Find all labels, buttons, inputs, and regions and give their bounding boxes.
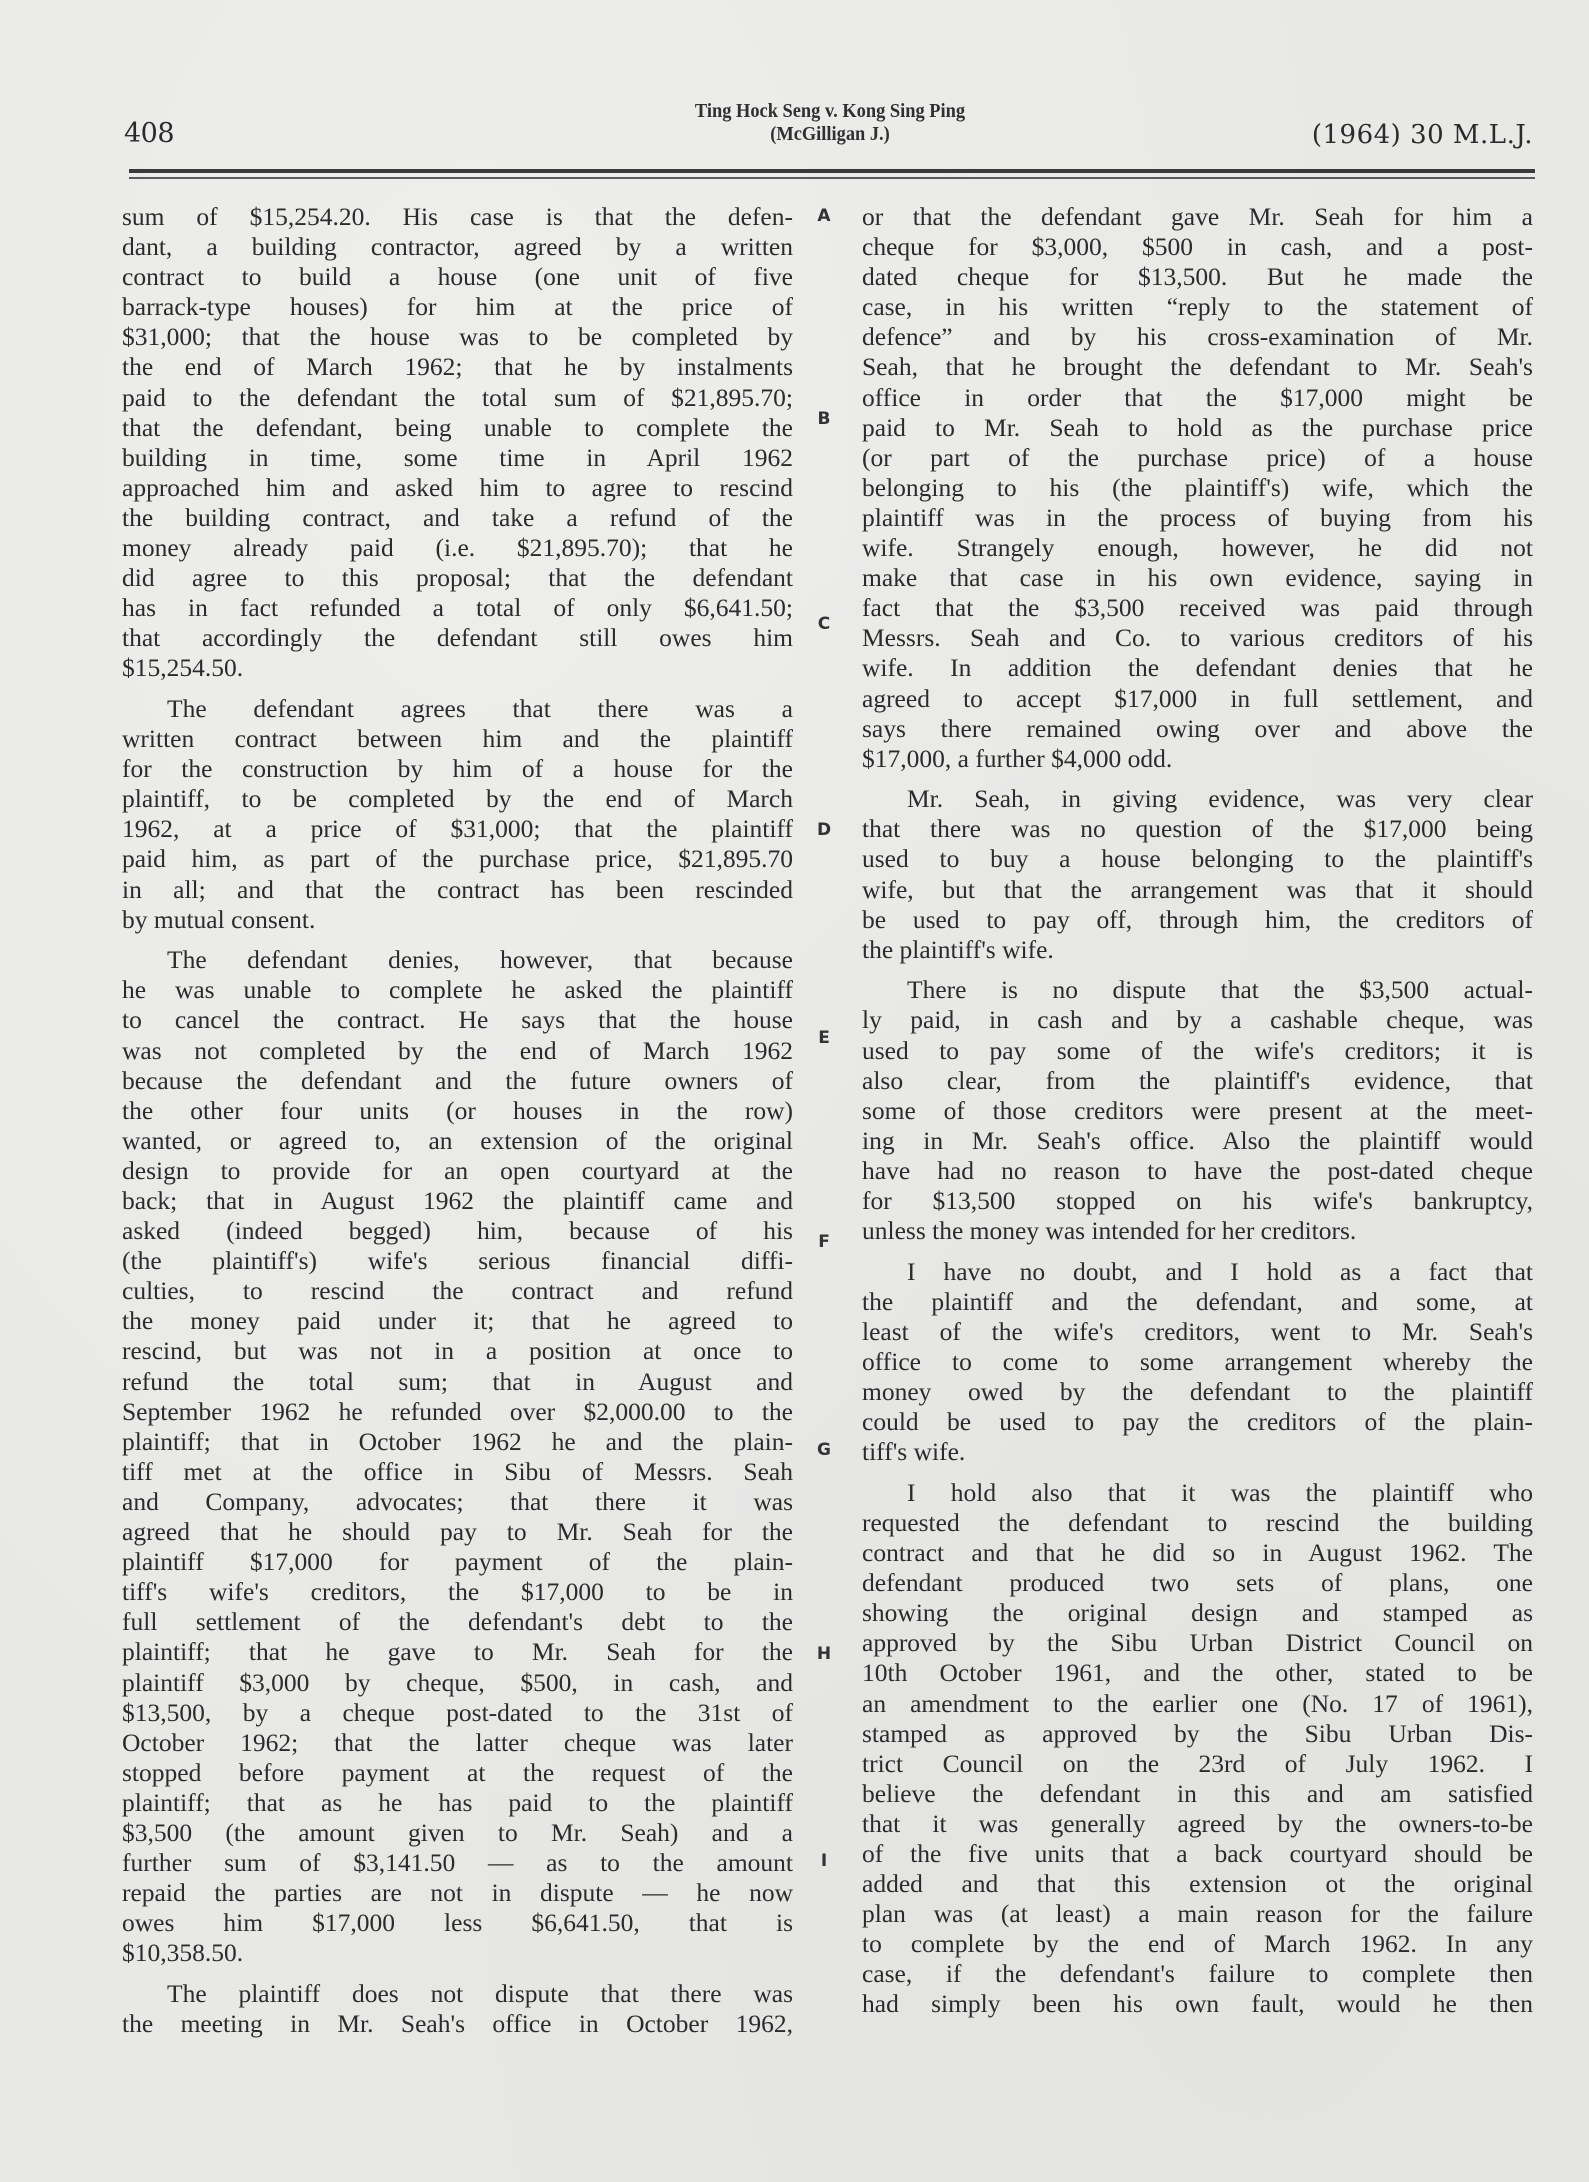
text-line: paid to the defendant the total sum of $… xyxy=(122,383,793,413)
paragraph: The defendant agrees that there was awri… xyxy=(122,694,793,935)
text-line: plaintiff; that in October 1962 he and t… xyxy=(122,1427,793,1457)
paragraph: I hold also that it was the plaintiff wh… xyxy=(862,1478,1533,2020)
text-line: make that case in his own evidence, sayi… xyxy=(862,563,1533,593)
margin-letter-c: C xyxy=(812,614,836,634)
text-line: unless the money was intended for her cr… xyxy=(862,1216,1533,1246)
text-line: $10,358.50. xyxy=(122,1938,793,1968)
text-line: wife. In addition the defendant denies t… xyxy=(862,653,1533,683)
header-rule-thick xyxy=(129,169,1535,173)
text-line: also clear, from the plaintiff's evidenc… xyxy=(862,1066,1533,1096)
text-line: dated cheque for $13,500. But he made th… xyxy=(862,262,1533,292)
text-line: requested the defendant to rescind the b… xyxy=(862,1508,1533,1538)
text-line: (the plaintiff's) wife's serious financi… xyxy=(122,1246,793,1276)
text-line: for $13,500 stopped on his wife's bankru… xyxy=(862,1186,1533,1216)
header-rule-thin xyxy=(129,177,1535,179)
text-line: and Company, advocates; that there it wa… xyxy=(122,1487,793,1517)
text-line: to cancel the contract. He says that the… xyxy=(122,1005,793,1035)
margin-letter-g: G xyxy=(812,1440,836,1460)
text-line: that it was generally agreed by the owne… xyxy=(862,1809,1533,1839)
text-line: office to come to some arrangement where… xyxy=(862,1347,1533,1377)
text-line: agreed to accept $17,000 in full settlem… xyxy=(862,684,1533,714)
text-line: barrack-type houses) for him at the pric… xyxy=(122,292,793,322)
text-line: or that the defendant gave Mr. Seah for … xyxy=(862,202,1533,232)
text-line: $13,500, by a cheque post-dated to the 3… xyxy=(122,1698,793,1728)
text-line: plaintiff $3,000 by cheque, $500, in cas… xyxy=(122,1668,793,1698)
text-line: paid him, as part of the purchase price,… xyxy=(122,844,793,874)
text-line: cheque for $3,000, $500 in cash, and a p… xyxy=(862,232,1533,262)
page-number: 408 xyxy=(124,118,174,150)
text-line: that there was no question of the $17,00… xyxy=(862,814,1533,844)
text-line: had simply been his own fault, would he … xyxy=(862,1989,1533,2019)
text-line: be used to pay off, through him, the cre… xyxy=(862,905,1533,935)
text-line: plan was (at least) a main reason for th… xyxy=(862,1899,1533,1929)
text-line: was not completed by the end of March 19… xyxy=(122,1036,793,1066)
text-line: building in time, some time in April 196… xyxy=(122,443,793,473)
text-line: because the defendant and the future own… xyxy=(122,1066,793,1096)
text-line: the building contract, and take a refund… xyxy=(122,503,793,533)
paragraph: The plaintiff does not dispute that ther… xyxy=(122,1979,793,2039)
paragraph: There is no dispute that the $3,500 actu… xyxy=(862,975,1533,1246)
text-line: the plaintiff and the defendant, and som… xyxy=(862,1287,1533,1317)
text-line: approved by the Sibu Urban District Coun… xyxy=(862,1628,1533,1658)
text-line: rescind, but was not in a position at on… xyxy=(122,1336,793,1366)
text-line: refund the total sum; that in August and xyxy=(122,1367,793,1397)
text-line: that the defendant, being unable to comp… xyxy=(122,413,793,443)
text-line: least of the wife's creditors, went to M… xyxy=(862,1317,1533,1347)
text-line: of the five units that a back courtyard … xyxy=(862,1839,1533,1869)
text-line: tiff met at the office in Sibu of Messrs… xyxy=(122,1457,793,1487)
text-line: defence” and by his cross-examination of… xyxy=(862,322,1533,352)
text-line: could be used to pay the creditors of th… xyxy=(862,1407,1533,1437)
text-line: contract to build a house (one unit of f… xyxy=(122,262,793,292)
text-line: added and that this extension ot the ori… xyxy=(862,1869,1533,1899)
text-line: the meeting in Mr. Seah's office in Octo… xyxy=(122,2009,793,2039)
text-line: for the construction by him of a house f… xyxy=(122,754,793,784)
text-line: approached him and asked him to agree to… xyxy=(122,473,793,503)
text-line: further sum of $3,141.50 — as to the amo… xyxy=(122,1848,793,1878)
text-line: ly paid, in cash and by a cashable chequ… xyxy=(862,1005,1533,1035)
text-line: plaintiff; that as he has paid to the pl… xyxy=(122,1788,793,1818)
text-line: ing in Mr. Seah's office. Also the plain… xyxy=(862,1126,1533,1156)
text-line: $17,000, a further $4,000 odd. xyxy=(862,744,1533,774)
text-line: stopped before payment at the request of… xyxy=(122,1758,793,1788)
text-line: Seah, that he brought the defendant to M… xyxy=(862,352,1533,382)
margin-letter-a: A xyxy=(812,206,836,226)
text-line: used to buy a house belonging to the pla… xyxy=(862,844,1533,874)
report-citation: (1964) 30 M.L.J. xyxy=(1312,119,1533,151)
text-line: plaintiff was in the process of buying f… xyxy=(862,503,1533,533)
margin-letter-d: D xyxy=(812,820,836,840)
text-line: wife. Strangely enough, however, he did … xyxy=(862,533,1533,563)
text-line: September 1962 he refunded over $2,000.0… xyxy=(122,1397,793,1427)
text-line: have had no reason to have the post-date… xyxy=(862,1156,1533,1186)
text-line: says there remained owing over and above… xyxy=(862,714,1533,744)
left-column: sum of $15,254.20. His case is that the … xyxy=(122,202,793,2050)
text-line: that accordingly the defendant still owe… xyxy=(122,623,793,653)
text-line: an amendment to the earlier one (No. 17 … xyxy=(862,1689,1533,1719)
text-line: tiff's wife. xyxy=(862,1437,1533,1467)
margin-letter-i: I xyxy=(812,1851,836,1871)
text-line: Messrs. Seah and Co. to various creditor… xyxy=(862,623,1533,653)
text-line: full settlement of the defendant's debt … xyxy=(122,1607,793,1637)
text-line: belonging to his (the plaintiff's) wife,… xyxy=(862,473,1533,503)
text-line: (or part of the purchase price) of a hou… xyxy=(862,443,1533,473)
text-line: the money paid under it; that he agreed … xyxy=(122,1306,793,1336)
text-line: repaid the parties are not in dispute — … xyxy=(122,1878,793,1908)
text-line: I have no doubt, and I hold as a fact th… xyxy=(862,1257,1533,1287)
text-line: plaintiff $17,000 for payment of the pla… xyxy=(122,1547,793,1577)
text-line: office in order that the $17,000 might b… xyxy=(862,383,1533,413)
text-line: The plaintiff does not dispute that ther… xyxy=(122,1979,793,2009)
text-line: used to pay some of the wife's creditors… xyxy=(862,1036,1533,1066)
paragraph: The defendant denies, however, that beca… xyxy=(122,945,793,1968)
text-line: $31,000; that the house was to be comple… xyxy=(122,322,793,352)
paragraph: I have no doubt, and I hold as a fact th… xyxy=(862,1257,1533,1468)
text-line: tiff's wife's creditors, the $17,000 to … xyxy=(122,1577,793,1607)
text-line: showing the original design and stamped … xyxy=(862,1598,1533,1628)
text-line: has in fact refunded a total of only $6,… xyxy=(122,593,793,623)
text-line: plaintiff; that he gave to Mr. Seah for … xyxy=(122,1637,793,1667)
judge-name: (McGilligan J.) xyxy=(582,123,1079,146)
text-line: to complete by the end of March 1962. In… xyxy=(862,1929,1533,1959)
text-line: October 1962; that the latter cheque was… xyxy=(122,1728,793,1758)
text-line: wanted, or agreed to, an extension of th… xyxy=(122,1126,793,1156)
text-line: case, in his written “reply to the state… xyxy=(862,292,1533,322)
margin-letter-h: H xyxy=(812,1644,836,1664)
text-line: design to provide for an open courtyard … xyxy=(122,1156,793,1186)
case-name: Ting Hock Seng v. Kong Sing Ping xyxy=(582,100,1079,123)
paragraph: sum of $15,254.20. His case is that the … xyxy=(122,202,793,684)
text-line: fact that the $3,500 received was paid t… xyxy=(862,593,1533,623)
text-line: he was unable to complete he asked the p… xyxy=(122,975,793,1005)
text-line: wife, but that the arrangement was that … xyxy=(862,875,1533,905)
margin-letter-f: F xyxy=(812,1232,836,1252)
text-line: $3,500 (the amount given to Mr. Seah) an… xyxy=(122,1818,793,1848)
right-column: or that the defendant gave Mr. Seah for … xyxy=(862,202,1533,2030)
margin-letter-e: E xyxy=(812,1028,836,1048)
document-page: 408 Ting Hock Seng v. Kong Sing Ping (Mc… xyxy=(0,0,1589,2182)
text-line: defendant produced two sets of plans, on… xyxy=(862,1568,1533,1598)
text-line: case, if the defendant's failure to comp… xyxy=(862,1959,1533,1989)
text-line: written contract between him and the pla… xyxy=(122,724,793,754)
text-line: $15,254.50. xyxy=(122,653,793,683)
text-line: stamped as approved by the Sibu Urban Di… xyxy=(862,1719,1533,1749)
text-line: trict Council on the 23rd of July 1962. … xyxy=(862,1749,1533,1779)
text-line: believe the defendant in this and am sat… xyxy=(862,1779,1533,1809)
text-line: sum of $15,254.20. His case is that the … xyxy=(122,202,793,232)
text-line: back; that in August 1962 the plaintiff … xyxy=(122,1186,793,1216)
text-line: the end of March 1962; that he by instal… xyxy=(122,352,793,382)
paragraph: or that the defendant gave Mr. Seah for … xyxy=(862,202,1533,774)
text-line: I hold also that it was the plaintiff wh… xyxy=(862,1478,1533,1508)
text-line: money owed by the defendant to the plain… xyxy=(862,1377,1533,1407)
text-line: money already paid (i.e. $21,895.70); th… xyxy=(122,533,793,563)
text-line: paid to Mr. Seah to hold as the purchase… xyxy=(862,413,1533,443)
text-line: 1962, at a price of $31,000; that the pl… xyxy=(122,814,793,844)
running-title: Ting Hock Seng v. Kong Sing Ping (McGill… xyxy=(582,100,1079,146)
text-line: contract and that he did so in August 19… xyxy=(862,1538,1533,1568)
text-line: by mutual consent. xyxy=(122,905,793,935)
text-line: 10th October 1961, and the other, stated… xyxy=(862,1658,1533,1688)
text-line: dant, a building contractor, agreed by a… xyxy=(122,232,793,262)
text-line: There is no dispute that the $3,500 actu… xyxy=(862,975,1533,1005)
text-line: in all; and that the contract has been r… xyxy=(122,875,793,905)
text-line: owes him $17,000 less $6,641.50, that is xyxy=(122,1908,793,1938)
margin-letter-b: B xyxy=(812,409,836,429)
text-line: the plaintiff's wife. xyxy=(862,935,1533,965)
text-line: did agree to this proposal; that the def… xyxy=(122,563,793,593)
text-line: The defendant agrees that there was a xyxy=(122,694,793,724)
text-line: some of those creditors were present at … xyxy=(862,1096,1533,1126)
text-line: the other four units (or houses in the r… xyxy=(122,1096,793,1126)
text-line: culties, to rescind the contract and ref… xyxy=(122,1276,793,1306)
text-line: The defendant denies, however, that beca… xyxy=(122,945,793,975)
text-line: Mr. Seah, in giving evidence, was very c… xyxy=(862,784,1533,814)
text-line: plaintiff, to be completed by the end of… xyxy=(122,784,793,814)
paragraph: Mr. Seah, in giving evidence, was very c… xyxy=(862,784,1533,965)
text-line: asked (indeed begged) him, because of hi… xyxy=(122,1216,793,1246)
text-line: agreed that he should pay to Mr. Seah fo… xyxy=(122,1517,793,1547)
